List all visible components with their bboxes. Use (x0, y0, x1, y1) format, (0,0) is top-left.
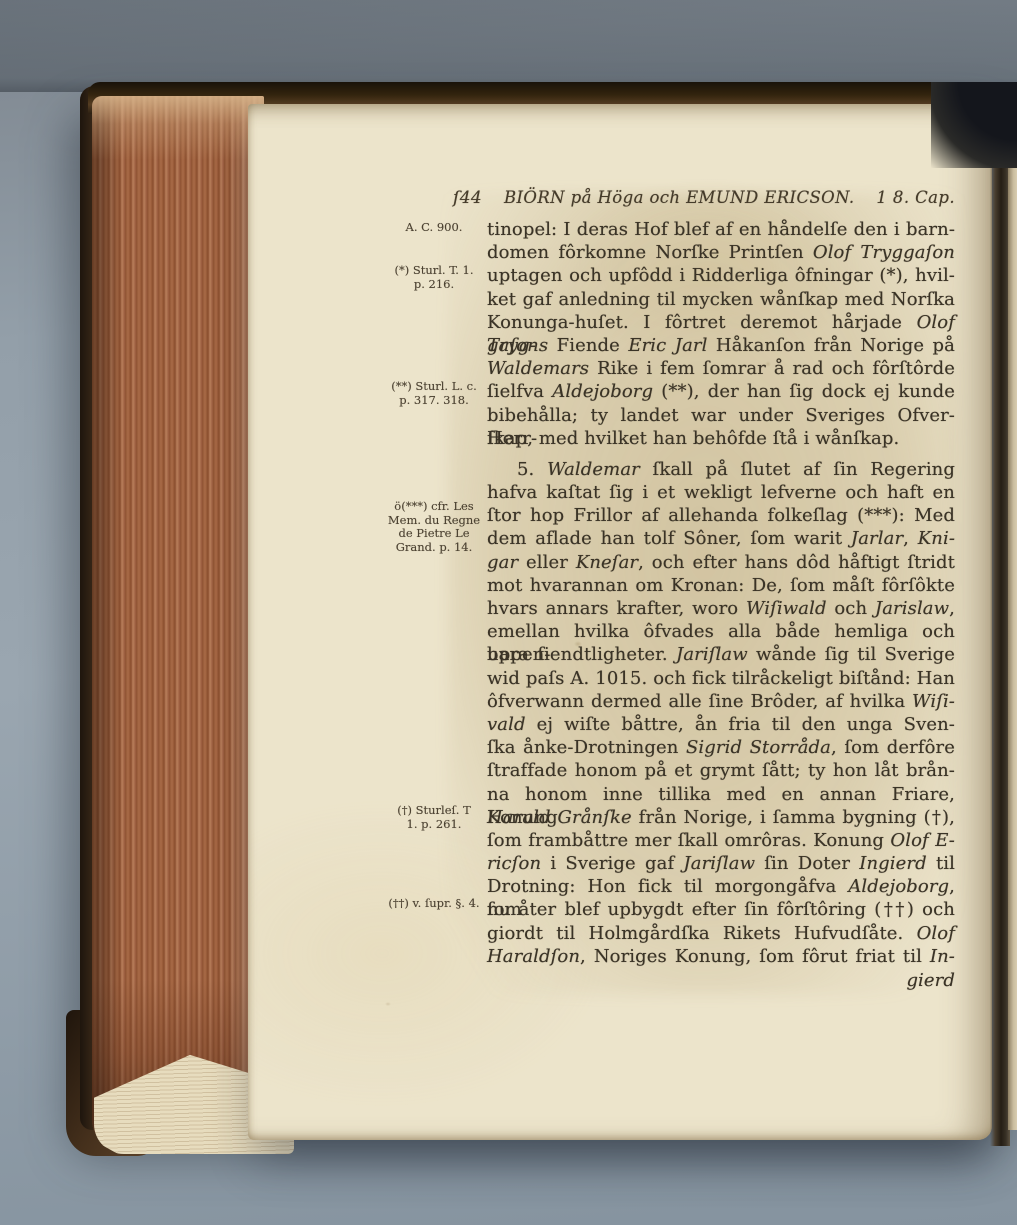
text-line: bibehålla; ty landet war under Sveriges … (487, 404, 955, 427)
text-line: Harald Grånſke från Norige, i ſamma bygn… (487, 806, 955, 829)
running-title: BIÖRN på Höga och EMUND ERICSON. (504, 188, 855, 207)
margin-note: (†) Sturleſ. T1. p. 261. (386, 804, 482, 831)
text-line: hafva kaſtat ſig i et wekligt lefverne o… (487, 481, 955, 504)
text-line: na honom inne tillika med en annan Friar… (487, 783, 955, 806)
text-line: ſielfva Aldejoborg (**), der han ſig doc… (487, 380, 955, 403)
text-line: tinopel: I deras Hof blef af en håndelſe… (487, 218, 955, 241)
book-page: ſ44 BIÖRN på Höga och EMUND ERICSON. 1 8… (248, 104, 992, 1140)
gutter-shadow (990, 90, 1010, 1146)
margin-note-line: de Pietre Le (386, 527, 482, 541)
margin-note: A. C. 900. (386, 221, 482, 235)
margin-note: (††) v. ſupr. §. 4. (386, 897, 482, 911)
text-line: bara fiendtligheter. Jariſlaw wånde ſig … (487, 643, 955, 666)
margin-note-line: Mem. du Regne (386, 514, 482, 528)
text-line: Drotning: Hon fick til morgongåfva Aldej… (487, 875, 955, 898)
page-fore-edge (92, 96, 264, 1148)
text-line: giordt til Holmgårdſka Rikets Hufvudſåte… (487, 922, 955, 945)
text-line: ſkap, med hvilket han behôfde ſtå i wånſ… (487, 427, 955, 450)
paragraph: tinopel: I deras Hof blef af en håndelſe… (487, 218, 955, 450)
margin-note-line: (**) Sturl. L. c. (386, 380, 482, 394)
margin-note-line: (†) Sturleſ. T (386, 804, 482, 818)
text-line: nu åter blef upbygdt efter ſin fôrſtôrin… (487, 898, 955, 921)
photo-backdrop: ſ44 BIÖRN på Höga och EMUND ERICSON. 1 8… (0, 0, 1017, 1225)
margin-note-line: p. 216. (386, 278, 482, 292)
text-line: ſtor hop Frillor af allehanda folkeſlag … (487, 504, 955, 527)
text-line: Haraldſon, Noriges Konung, ſom fôrut fri… (487, 945, 955, 968)
text-line: mot hvarannan om Kronan: De, ſom måſt fô… (487, 574, 955, 597)
text-line: 5. Waldemar ſkall på ſlutet af ſin Reger… (487, 458, 955, 481)
margin-note: ö(***) cfr. LesMem. du Regnede Pietre Le… (386, 500, 482, 554)
margin-note: (**) Sturl. L. c.p. 317. 318. (386, 380, 482, 407)
margin-note-line: p. 317. 318. (386, 394, 482, 408)
text-line: ricſon i Sverige gaf Jariſlaw ſin Doter … (487, 852, 955, 875)
text-line: uptagen och upfôdd i Ridderliga ôfningar… (487, 264, 955, 287)
catchword: gierd (487, 969, 955, 992)
margin-note-line: 1. p. 261. (386, 818, 482, 832)
chapter-label: 1 8. Cap. (876, 188, 955, 207)
paragraph: 5. Waldemar ſkall på ſlutet af ſin Reger… (487, 458, 955, 968)
text-line: ſka ånke-Drotningen Sigrid Storråda, ſom… (487, 736, 955, 759)
margin-note-line: ö(***) cfr. Les (386, 500, 482, 514)
text-line: ket gaf anledning til mycken wånſkap med… (487, 288, 955, 311)
margin-note-line: (*) Sturl. T. 1. (386, 264, 482, 278)
margin-note: (*) Sturl. T. 1.p. 216. (386, 264, 482, 291)
text-line: Waldemars Rike i fem ſomrar å rad och fô… (487, 357, 955, 380)
text-line: ſom frambåttre mer ſkall omrôras. Konung… (487, 829, 955, 852)
margin-note-line: (††) v. ſupr. §. 4. (386, 897, 482, 911)
body-text: tinopel: I deras Hof blef af en håndelſe… (487, 218, 955, 992)
text-line: Konunga-huſet. I fôrtret deremot hårjade… (487, 311, 955, 334)
margin-note-line: Grand. p. 14. (386, 541, 482, 555)
margin-notes: A. C. 900.(*) Sturl. T. 1.p. 216.(**) St… (386, 104, 482, 1004)
text-line: domen fôrkomne Norſke Printſen Olof Tryg… (487, 241, 955, 264)
gutter-top-shadow (931, 82, 1017, 168)
open-book: ſ44 BIÖRN på Höga och EMUND ERICSON. 1 8… (60, 82, 1017, 1162)
margin-note-line: A. C. 900. (386, 221, 482, 235)
text-line: gaſons Fiende Eric Jarl Håkanſon från No… (487, 334, 955, 357)
page-header: ſ44 BIÖRN på Höga och EMUND ERICSON. 1 8… (453, 188, 955, 208)
text-line: hvars annars krafter, woro Wiſiwald och … (487, 597, 955, 620)
backdrop-shadow (0, 0, 1017, 92)
text-line: ôfverwann dermed alle ſine Brôder, af hv… (487, 690, 955, 713)
text-line: vald ej wiſte båttre, ån fria til den un… (487, 713, 955, 736)
facing-page-sliver (1008, 108, 1017, 1130)
text-line: dem aflade han tolf Sôner, ſom warit Jar… (487, 527, 955, 550)
text-line: emellan hvilka ôfvades alla både hemliga… (487, 620, 955, 643)
text-line: wid paſs A. 1015. och fick tilråckeligt … (487, 667, 955, 690)
text-line: gar eller Kneſar, och efter hans dôd håf… (487, 551, 955, 574)
text-line: ſtraffade honom på et grymt ſått; ty hon… (487, 759, 955, 782)
